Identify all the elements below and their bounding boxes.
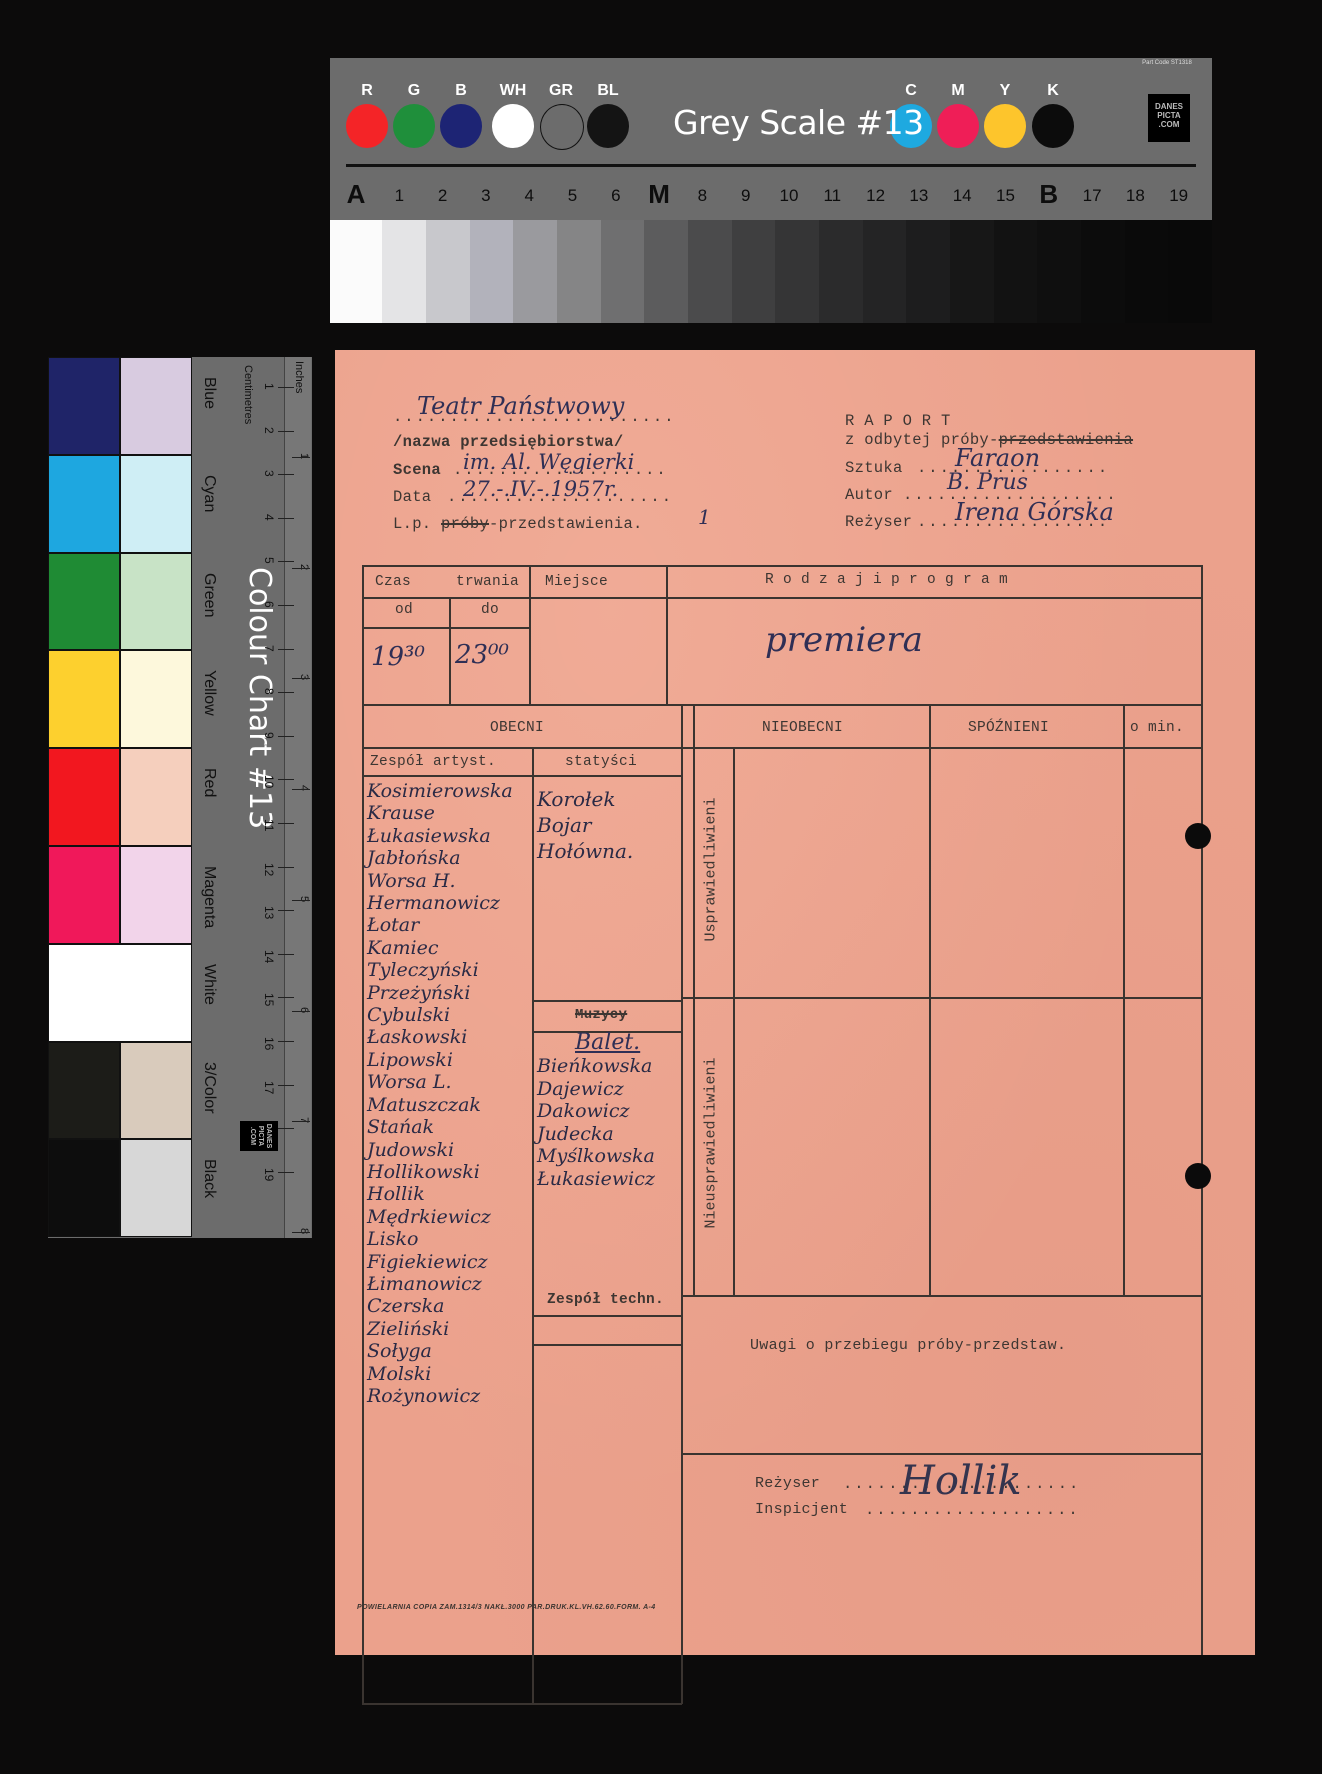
do-label: do <box>481 602 499 618</box>
swatch-g <box>393 104 435 148</box>
name-entry: Korołek <box>537 786 633 812</box>
cm-tick-label: 13 <box>262 906 276 919</box>
cm-tick-label: 19 <box>262 1168 276 1181</box>
swatch-black-dark <box>48 1139 120 1237</box>
grey-patch <box>819 220 863 323</box>
greyscale-target: Part Code ST1318 RGBWHGRBLCMYK Grey Scal… <box>330 58 1212 323</box>
tick <box>292 457 310 458</box>
tick <box>292 900 310 901</box>
rule <box>1201 565 1203 1655</box>
tick <box>292 789 310 790</box>
program-label: R o d z a j i p r o g r a m <box>765 572 1008 588</box>
tick <box>278 1128 294 1129</box>
name-entry: Matuszczak <box>367 1094 513 1116</box>
cm-tick-label: 2 <box>262 427 276 434</box>
colour-label-magenta: Magenta <box>200 866 218 928</box>
swatch-label-r: R <box>345 82 389 100</box>
name-entry: Kamiec <box>367 937 513 959</box>
name-entry: Zieliński <box>367 1318 513 1340</box>
uwagi-label: Uwagi o przebiegu próby-przedstaw. <box>750 1337 1066 1354</box>
scale-label: 14 <box>944 186 980 206</box>
tick <box>292 568 310 569</box>
tick <box>278 736 294 737</box>
scale-label: 4 <box>511 186 547 206</box>
swatch-label-k: K <box>1031 82 1075 100</box>
usprawiedliwieni-label: Usprawiedliwieni <box>703 802 720 942</box>
greyscale-header: Part Code ST1318 RGBWHGRBLCMYK Grey Scal… <box>330 58 1212 220</box>
name-entry: Jabłońska <box>367 847 513 869</box>
trwania-label: trwania <box>456 574 519 590</box>
swatch-label-bl: BL <box>586 82 630 100</box>
sztuka-value: Faraon <box>955 444 1040 472</box>
cm-tick-label: 3 <box>262 470 276 477</box>
cm-tick-label: 17 <box>262 1081 276 1094</box>
name-entry: Figiekiewicz <box>367 1251 513 1273</box>
swatch-label-g: G <box>392 82 436 100</box>
swatch-y <box>984 104 1026 148</box>
name-entry: Worsa H. <box>367 870 513 892</box>
swatch-green-dark <box>48 553 120 651</box>
scale-label: A <box>338 179 374 210</box>
swatch-blue-dark <box>48 357 120 455</box>
scale-label: 9 <box>728 186 764 206</box>
obecni-label: OBECNI <box>490 720 544 736</box>
swatch-label-b: B <box>439 82 483 100</box>
grey-patch <box>426 220 470 323</box>
grey-patch <box>1125 220 1169 323</box>
cm-tick-label: 1 <box>262 383 276 390</box>
rule <box>362 627 529 629</box>
scale-label: 1 <box>381 186 417 206</box>
scale-label: B <box>1031 179 1067 210</box>
tick <box>278 1041 294 1042</box>
grey-patch <box>950 220 994 323</box>
zespol-artyst-label: Zespół artyst. <box>370 754 496 770</box>
grey-patch <box>330 220 382 323</box>
name-entry: Myślkowska <box>537 1145 655 1168</box>
lp-value: 1 <box>698 505 711 529</box>
rule <box>681 704 683 1704</box>
name-entry: Czerska <box>367 1295 513 1317</box>
centimetres-label: Centimetres <box>242 365 254 424</box>
rule <box>532 747 534 1704</box>
scale-label: 18 <box>1117 186 1153 206</box>
name-entry: Dajewicz <box>537 1078 655 1101</box>
colour-label-green: Green <box>200 573 218 617</box>
swatch-gr <box>540 104 584 150</box>
swatch-bl <box>587 104 629 148</box>
swatch-yellow-dark <box>48 650 120 748</box>
name-entry: Dakowicz <box>537 1100 655 1123</box>
scale-label: 3 <box>468 186 504 206</box>
grey-patch <box>1037 220 1081 323</box>
grey-patch <box>906 220 950 323</box>
name-entry: Krause <box>367 802 513 824</box>
cm-tick-label: 7 <box>262 645 276 652</box>
autor-label: Autor <box>845 486 893 504</box>
scale-label: 10 <box>771 186 807 206</box>
swatch-white <box>48 944 192 1042</box>
zespol-techn-label: Zespół techn. <box>547 1292 664 1308</box>
sztuka-label: Sztuka <box>845 459 903 477</box>
rule <box>733 747 735 1295</box>
grey-patch <box>732 220 776 323</box>
swatch-red-dark <box>48 748 120 846</box>
rule <box>362 565 1202 567</box>
name-entry: Rożynowicz <box>367 1385 513 1407</box>
punch-hole <box>1185 823 1211 849</box>
cm-tick-label: 12 <box>262 863 276 876</box>
swatch-blue-light <box>120 357 192 455</box>
rule <box>362 747 1202 749</box>
data-label: Data <box>393 488 431 506</box>
grey-patch <box>1168 220 1212 323</box>
tick <box>278 779 294 780</box>
swatch-label-gr: GR <box>539 82 583 100</box>
scale-label: 2 <box>425 186 461 206</box>
grey-patches <box>330 220 1212 323</box>
od-value: 19³⁰ <box>371 642 425 672</box>
cm-tick-label: 15 <box>262 993 276 1006</box>
colour-label-cyan: Cyan <box>200 475 218 512</box>
name-entry: Judowski <box>367 1139 513 1161</box>
rule <box>362 1703 682 1705</box>
program-value: premiera <box>765 620 923 660</box>
rule <box>1123 704 1125 1295</box>
tick <box>278 954 294 955</box>
lp-rest: -przedstawienia. <box>489 515 643 533</box>
sign-inspicjent-label: Inspicjent <box>755 1501 848 1518</box>
report-title: R A P O R T <box>845 412 951 430</box>
grey-patch <box>688 220 732 323</box>
rule <box>693 704 695 1295</box>
grey-patch <box>994 220 1038 323</box>
danes-picta-logo: DANES PICTA .COM <box>240 1121 278 1151</box>
grey-patch <box>775 220 819 323</box>
cm-tick-label: 8 <box>262 688 276 695</box>
balet-label: Balet. <box>575 1030 640 1055</box>
rule <box>929 704 931 1295</box>
tick <box>278 605 294 606</box>
tick <box>292 1011 310 1012</box>
grey-patch <box>557 220 601 323</box>
name-entry: Sołyga <box>367 1340 513 1362</box>
grey-patch <box>863 220 907 323</box>
miejsce-label: Miejsce <box>545 574 608 590</box>
swatch-magenta-light <box>120 846 192 944</box>
name-entry: Stańak <box>367 1116 513 1138</box>
name-entry: Hollik <box>367 1183 513 1205</box>
scale-label: 6 <box>598 186 634 206</box>
name-entry: Przeżyński <box>367 982 513 1004</box>
cm-tick-label: 9 <box>262 732 276 739</box>
colour-chart: BlueCyanGreenYellowRedMagentaWhite3/Colo… <box>48 357 312 1238</box>
colour-label-3-color: 3/Color <box>200 1062 218 1114</box>
colour-label-yellow: Yellow <box>200 670 218 716</box>
swatch-b <box>440 104 482 148</box>
name-entry: Bojar <box>537 812 633 838</box>
od-label: od <box>395 602 413 618</box>
scale-label: 5 <box>555 186 591 206</box>
punch-hole <box>1185 1163 1211 1189</box>
enterprise-caption: /nazwa przedsiębiorstwa/ <box>393 433 623 451</box>
tick <box>278 1172 294 1173</box>
swatch-label-y: Y <box>983 82 1027 100</box>
rule <box>362 565 364 1705</box>
swatch-cyan-light <box>120 455 192 553</box>
lp-line: L.p. próby-przedstawienia. <box>393 515 643 533</box>
cm-tick-label: 4 <box>262 514 276 521</box>
swatch-yellow-light <box>120 650 192 748</box>
name-entry: Hollikowski <box>367 1161 513 1183</box>
grey-patch <box>382 220 426 323</box>
name-entry: Łaskowski <box>367 1026 513 1048</box>
swatch-magenta-dark <box>48 846 120 944</box>
cm-tick-label: 11 <box>262 819 276 831</box>
tick <box>278 910 294 911</box>
spoznieni-label: SPÓŹNIENI <box>968 720 1049 736</box>
cm-tick-label: 6 <box>262 601 276 608</box>
part-code: Part Code ST1318 <box>1142 60 1192 67</box>
colour-label-red: Red <box>200 768 218 797</box>
rezyser-value: Irena Górska <box>955 498 1114 526</box>
swatch-green-light <box>120 553 192 651</box>
swatch-label-m: M <box>936 82 980 100</box>
rule <box>681 1453 1201 1455</box>
do-value: 23⁰⁰ <box>455 640 509 670</box>
rule <box>362 597 1202 599</box>
tick <box>278 649 294 650</box>
nieusprawiedliwieni-label: Nieusprawiedliwieni <box>703 1059 720 1229</box>
name-entry: Molski <box>367 1363 513 1385</box>
printer-footer: POWIELARNIA COPIA ZAM.1314/3 NAKŁ.3000 P… <box>357 1604 656 1611</box>
scale-label: M <box>641 179 677 210</box>
rule <box>449 597 451 704</box>
rule <box>532 1344 682 1346</box>
colour-label-black: Black <box>200 1159 218 1198</box>
name-entry: Kosimierowska <box>367 780 513 802</box>
ruler: Inches <box>284 357 311 1238</box>
scale-label: 8 <box>684 186 720 206</box>
swatch-wh <box>492 104 534 148</box>
cm-tick-label: 14 <box>262 950 276 963</box>
nieobecni-label: NIEOBECNI <box>762 720 843 736</box>
swatch-label-wh: WH <box>491 82 535 100</box>
lp-struck: próby <box>441 515 489 533</box>
tick <box>278 1085 294 1086</box>
swatch-r <box>346 104 388 148</box>
rule <box>532 1000 682 1002</box>
colour-label-blue: Blue <box>200 377 218 409</box>
name-entry: Łukasiewicz <box>537 1168 655 1191</box>
divider <box>346 164 1196 167</box>
zespol-artyst-list: KosimierowskaKrauseŁukasiewskaJabłońskaW… <box>367 780 513 1407</box>
autor-value: B. Prus <box>947 470 1028 495</box>
sign-rezyser-label: Reżyser <box>755 1475 820 1492</box>
name-entry: Judecka <box>537 1123 655 1146</box>
name-entry: Worsa L. <box>367 1071 513 1093</box>
balet-list: BieńkowskaDajewiczDakowiczJudeckaMyślkow… <box>537 1055 655 1190</box>
tick <box>278 387 294 388</box>
grey-patch <box>601 220 645 323</box>
rezyser-label: Reżyser <box>845 513 912 531</box>
rule <box>362 704 1202 706</box>
lp-label: L.p. <box>393 515 431 533</box>
cm-tick-label: 10 <box>262 775 276 788</box>
colour-label-white: White <box>200 964 218 1005</box>
grey-patch <box>644 220 688 323</box>
swatch-k <box>1032 104 1074 148</box>
grey-patch <box>513 220 557 323</box>
name-entry: Mędrkiewicz <box>367 1206 513 1228</box>
swatch-3/color-dark <box>48 1042 120 1140</box>
tick <box>278 867 294 868</box>
name-entry: Lipowski <box>367 1049 513 1071</box>
tick <box>278 561 294 562</box>
swatch-black-light <box>120 1139 192 1237</box>
scale-label: 15 <box>988 186 1024 206</box>
rule <box>681 1295 1201 1297</box>
swatch-cyan-dark <box>48 455 120 553</box>
name-entry: Hołówna. <box>537 838 633 864</box>
tick <box>278 474 294 475</box>
tick <box>278 823 294 824</box>
swatch-red-light <box>120 748 192 846</box>
czas-label: Czas <box>375 574 411 590</box>
name-entry: Bieńkowska <box>537 1055 655 1078</box>
greyscale-title: Grey Scale #13 <box>673 103 924 142</box>
tick <box>292 1121 310 1122</box>
enterprise-name: Teatr Państwowy <box>417 392 624 420</box>
danes-picta-logo: DANES PICTA .COM <box>1148 94 1190 142</box>
scena-label: Scena <box>393 461 441 479</box>
inches-label: Inches <box>293 361 305 393</box>
tick <box>278 518 294 519</box>
tick <box>278 431 294 432</box>
rule <box>529 565 531 704</box>
tick <box>278 997 294 998</box>
scale-label: 13 <box>901 186 937 206</box>
signature: Hollik <box>900 1458 1022 1504</box>
scale-label: 19 <box>1161 186 1197 206</box>
grey-patch <box>470 220 514 323</box>
tick <box>292 678 310 679</box>
scale-label: 17 <box>1074 186 1110 206</box>
scale-label: 12 <box>858 186 894 206</box>
name-entry: Łukasiewska <box>367 825 513 847</box>
name-entry: Łimanowicz <box>367 1273 513 1295</box>
statysci-list: KorołekBojarHołówna. <box>537 786 633 864</box>
swatch-3/color-light <box>120 1042 192 1140</box>
data-value: 27.-.IV.-.1957r. <box>463 477 618 501</box>
cm-tick-label: 16 <box>262 1037 276 1050</box>
rule <box>532 1315 682 1317</box>
rule <box>666 565 668 704</box>
scale-label: 11 <box>814 186 850 206</box>
o-min-label: o min. <box>1130 720 1184 736</box>
name-entry: Hermanowicz <box>367 892 513 914</box>
name-entry: Łotar <box>367 914 513 936</box>
swatch-m <box>937 104 979 148</box>
swatch-label-c: C <box>889 82 933 100</box>
scena-value: im. Al. Węgierki <box>463 450 634 474</box>
muzycy-label: Muzycy <box>575 1007 627 1023</box>
grey-patch <box>1081 220 1125 323</box>
rule <box>681 997 1201 999</box>
statysci-label: statyści <box>565 754 637 770</box>
name-entry: Lisko <box>367 1228 513 1250</box>
cm-tick-label: 5 <box>262 557 276 564</box>
tick <box>278 692 294 693</box>
rule <box>362 775 682 777</box>
tick <box>292 1232 310 1233</box>
rehearsal-report-form: ......................... Teatr Państwow… <box>335 350 1255 1655</box>
name-entry: Cybulski <box>367 1004 513 1026</box>
name-entry: Tyleczyński <box>367 959 513 981</box>
